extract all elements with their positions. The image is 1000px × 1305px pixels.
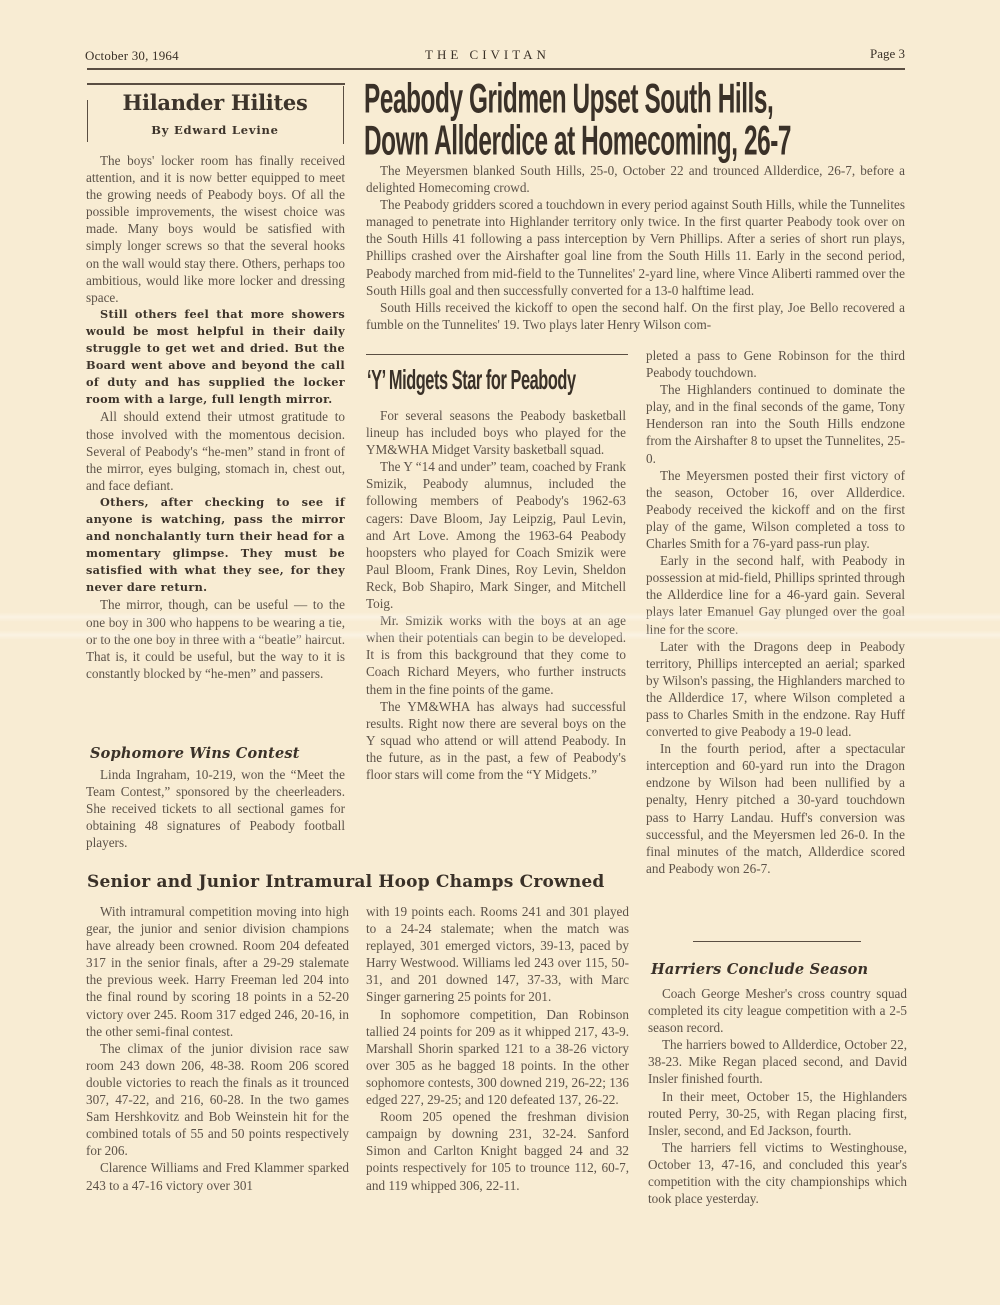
intramural-article-body-col2: with 19 points each. Rooms 241 and 301 p… bbox=[366, 903, 629, 1194]
sophomore-headline: Sophomore Wins Contest bbox=[90, 745, 300, 762]
page-number: Page 3 bbox=[870, 46, 905, 62]
harriers-article-body: Coach George Mesher's cross country squa… bbox=[648, 985, 907, 1207]
gridmen-article-body-wide: The Meyersmen blanked South Hills, 25-0,… bbox=[366, 162, 905, 333]
paragraph: In their meet, October 15, the Highlande… bbox=[648, 1088, 907, 1139]
paragraph: pleted a pass to Gene Robinson for the t… bbox=[646, 347, 905, 381]
gridmen-headline-line2: Down Allderdice at Homecoming, 26-7 bbox=[364, 118, 791, 166]
paragraph: Room 205 opened the freshman division ca… bbox=[366, 1108, 629, 1193]
paragraph: The harriers bowed to Allderdice, Octobe… bbox=[648, 1036, 907, 1087]
hilites-header: Hilander Hilites By Edward Levine bbox=[85, 81, 345, 147]
paragraph: The Highlanders continued to dominate th… bbox=[646, 381, 905, 466]
paragraph: Early in the second half, with Peabody i… bbox=[646, 552, 905, 637]
paragraph: Linda Ingraham, 10-219, won the “Meet th… bbox=[86, 766, 345, 851]
paper-fold-stain bbox=[0, 630, 1000, 640]
paragraph: With intramural competition moving into … bbox=[86, 903, 349, 1040]
harriers-headline: Harriers Conclude Season bbox=[651, 961, 868, 978]
paragraph: Clarence Williams and Fred Klammer spark… bbox=[86, 1159, 349, 1193]
gridmen-headline-line1: Peabody Gridmen Upset South Hills, bbox=[364, 76, 773, 124]
intramural-article-body-col1: With intramural competition moving into … bbox=[86, 903, 349, 1194]
paragraph: The Meyersmen blanked South Hills, 25-0,… bbox=[366, 162, 905, 196]
paragraph: The Meyersmen posted their first victory… bbox=[646, 467, 905, 552]
paragraph: The climax of the junior division race s… bbox=[86, 1040, 349, 1160]
midgets-article-body: For several seasons the Peabody basketba… bbox=[366, 407, 626, 783]
paragraph: In the fourth period, after a spectacula… bbox=[646, 740, 905, 877]
masthead: October 30, 1964 THE CIVITAN Page 3 bbox=[85, 44, 905, 64]
paragraph: The Peabody gridders scored a touchdown … bbox=[366, 196, 905, 299]
paper-fold-stain bbox=[0, 612, 1000, 622]
midgets-headline: ‘Y’ Midgets Star for Peabody bbox=[367, 366, 576, 398]
paragraph: All should extend their utmost gratitude… bbox=[86, 408, 345, 493]
paragraph: The boys' locker room has finally receiv… bbox=[86, 152, 345, 306]
masthead-rule bbox=[87, 68, 905, 70]
paragraph: South Hills received the kickoff to open… bbox=[366, 299, 905, 333]
midgets-top-rule bbox=[366, 354, 628, 355]
paragraph: with 19 points each. Rooms 241 and 301 p… bbox=[366, 903, 629, 1006]
paragraph: Coach George Mesher's cross country squa… bbox=[648, 985, 907, 1036]
paragraph: The Y “14 and under” team, coached by Fr… bbox=[366, 458, 626, 612]
harriers-top-rule bbox=[693, 941, 861, 942]
sophomore-article-body: Linda Ingraham, 10-219, won the “Meet th… bbox=[86, 766, 345, 851]
hilites-article-body: The boys' locker room has finally receiv… bbox=[86, 152, 345, 682]
paragraph: In sophomore competition, Dan Robinson t… bbox=[366, 1006, 629, 1109]
paragraph: The harriers fell victims to Westinghous… bbox=[648, 1139, 907, 1207]
paragraph: Others, after checking to see if anyone … bbox=[86, 494, 345, 597]
paragraph: For several seasons the Peabody basketba… bbox=[366, 407, 626, 458]
paragraph: The YM&WHA has always had successful res… bbox=[366, 698, 626, 783]
paragraph: Mr. Smizik works with the boys at an age… bbox=[366, 612, 626, 697]
newspaper-title: THE CIVITAN bbox=[425, 47, 550, 63]
hilites-byline: By Edward Levine bbox=[85, 123, 345, 137]
paragraph: Still others feel that more showers woul… bbox=[86, 306, 345, 409]
paragraph: Later with the Dragons deep in Peabody t… bbox=[646, 638, 905, 741]
hilites-title: Hilander Hilites bbox=[85, 90, 345, 115]
intramural-headline: Senior and Junior Intramural Hoop Champs… bbox=[87, 872, 605, 892]
issue-date: October 30, 1964 bbox=[85, 48, 179, 64]
